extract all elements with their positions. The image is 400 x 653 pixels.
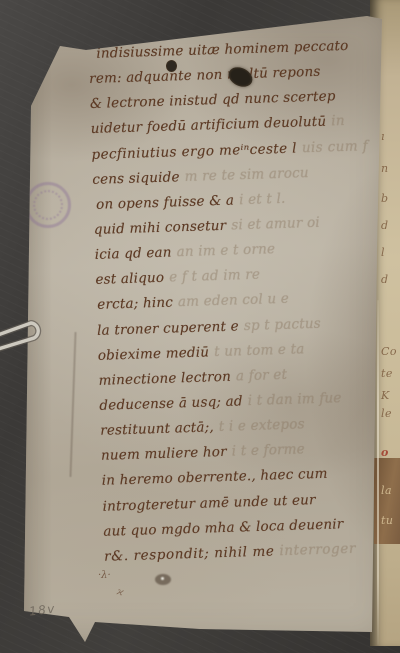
line-text-faded [315,491,321,507]
line-text: pecfiniutius ergo meⁱⁿceste l [91,140,297,162]
line-text: restituunt actā;, [100,419,214,439]
next-folio-letter-fragment: d [381,273,400,286]
line-text: introgteretur amē unde ut eur [102,492,316,515]
parchment-leaf: indisiussime uitæ hominem peccato rem: a… [0,0,400,653]
line-text-faded: m re te sim arocu [179,165,309,185]
line-text: nuem muliere hor [101,444,227,464]
line-text-faded [327,466,333,482]
line-text: uidetur foedū artificium deuolutū [90,114,326,137]
line-text: aut quo mgdo mha & loca deuenir [103,516,344,540]
next-folio-letter-fragment: d [381,219,400,232]
line-text-faded: i t dan im fue [242,390,341,409]
line-text: obiexime mediū [98,344,210,363]
ink-blot [155,574,171,585]
line-text-faded: in [326,113,345,130]
line-text-faded [348,38,354,54]
line-text: minectione lectron [98,369,231,389]
page-edge-highlight [377,300,379,645]
line-text: la troner cuperent e [97,318,239,338]
line-text-faded: i et t l. [234,191,286,209]
next-folio-red-letter: o [381,446,400,459]
line-text-faded [343,516,349,532]
line-text: in heremo oberrente., haec cum [102,466,328,489]
line-text: indisiussime uitæ hominem peccato [96,38,349,62]
next-folio-letter-fragment: n [381,162,400,175]
next-folio-letter-fragment: Co [381,345,400,358]
stray-ink-mark: ·λ· [98,570,111,581]
line-text-faded [320,64,326,80]
parchment-crease [69,332,76,477]
line-text: r&. respondit; nihil me [104,543,275,564]
line-text: icia qd ean [94,245,172,263]
next-folio-letter-fragment: tu [381,514,400,527]
line-text-faded: sp t pactus [239,315,322,334]
metal-clip [0,294,46,360]
line-text: deducense ā usq; ad [99,393,243,413]
line-text-faded: t i e extepos [214,416,305,435]
next-folio-letter-fragment: ı [381,130,400,143]
next-folio-letter-fragment: l [381,246,400,259]
line-text-faded: e f t ad im re [164,267,260,286]
manuscript-photo: ı n b d l d Co te K le o la tu indisiuss… [0,0,400,653]
line-text: ercta; hinc [97,295,173,313]
line-text: rem: adquante non multū repons [89,64,321,87]
line-text-faded: interroger [274,541,356,560]
next-folio-letter-fragment: te [381,367,400,380]
parchment-hole-small [166,60,177,72]
library-stamp [25,182,71,228]
line-text-faded: i t e forme [227,442,306,460]
line-text: quid mihi consetur [94,218,227,238]
line-text-faded: an im e t orne [171,241,275,260]
line-text-faded: a for et [231,367,288,385]
next-folio-letter-fragment: le [381,407,400,420]
manuscript-text-block: indisiussime uitæ hominem peccato rem: a… [88,33,400,570]
line-text-faded [335,88,341,104]
line-text: cens siquide [92,169,180,188]
line-text: & lectrone inistud qd nunc scertep [90,89,336,113]
line-text-faded: t un tom e ta [209,341,305,360]
line-text: est aliquo [95,270,164,288]
next-folio-letter-fragment: la [381,484,400,497]
stray-ink-mark: ϰ [116,586,125,598]
next-folio-letter-fragment: b [381,192,400,205]
line-text: on opens fuisse & a [96,192,235,212]
folio-number-pencil: 18v [28,601,56,618]
line-text-faded: am eden col u e [173,291,289,311]
line-text-faded: si et amur oi [226,215,320,234]
line-text-faded: uis cum f [297,138,369,156]
next-folio-letter-fragment: K [381,389,400,402]
